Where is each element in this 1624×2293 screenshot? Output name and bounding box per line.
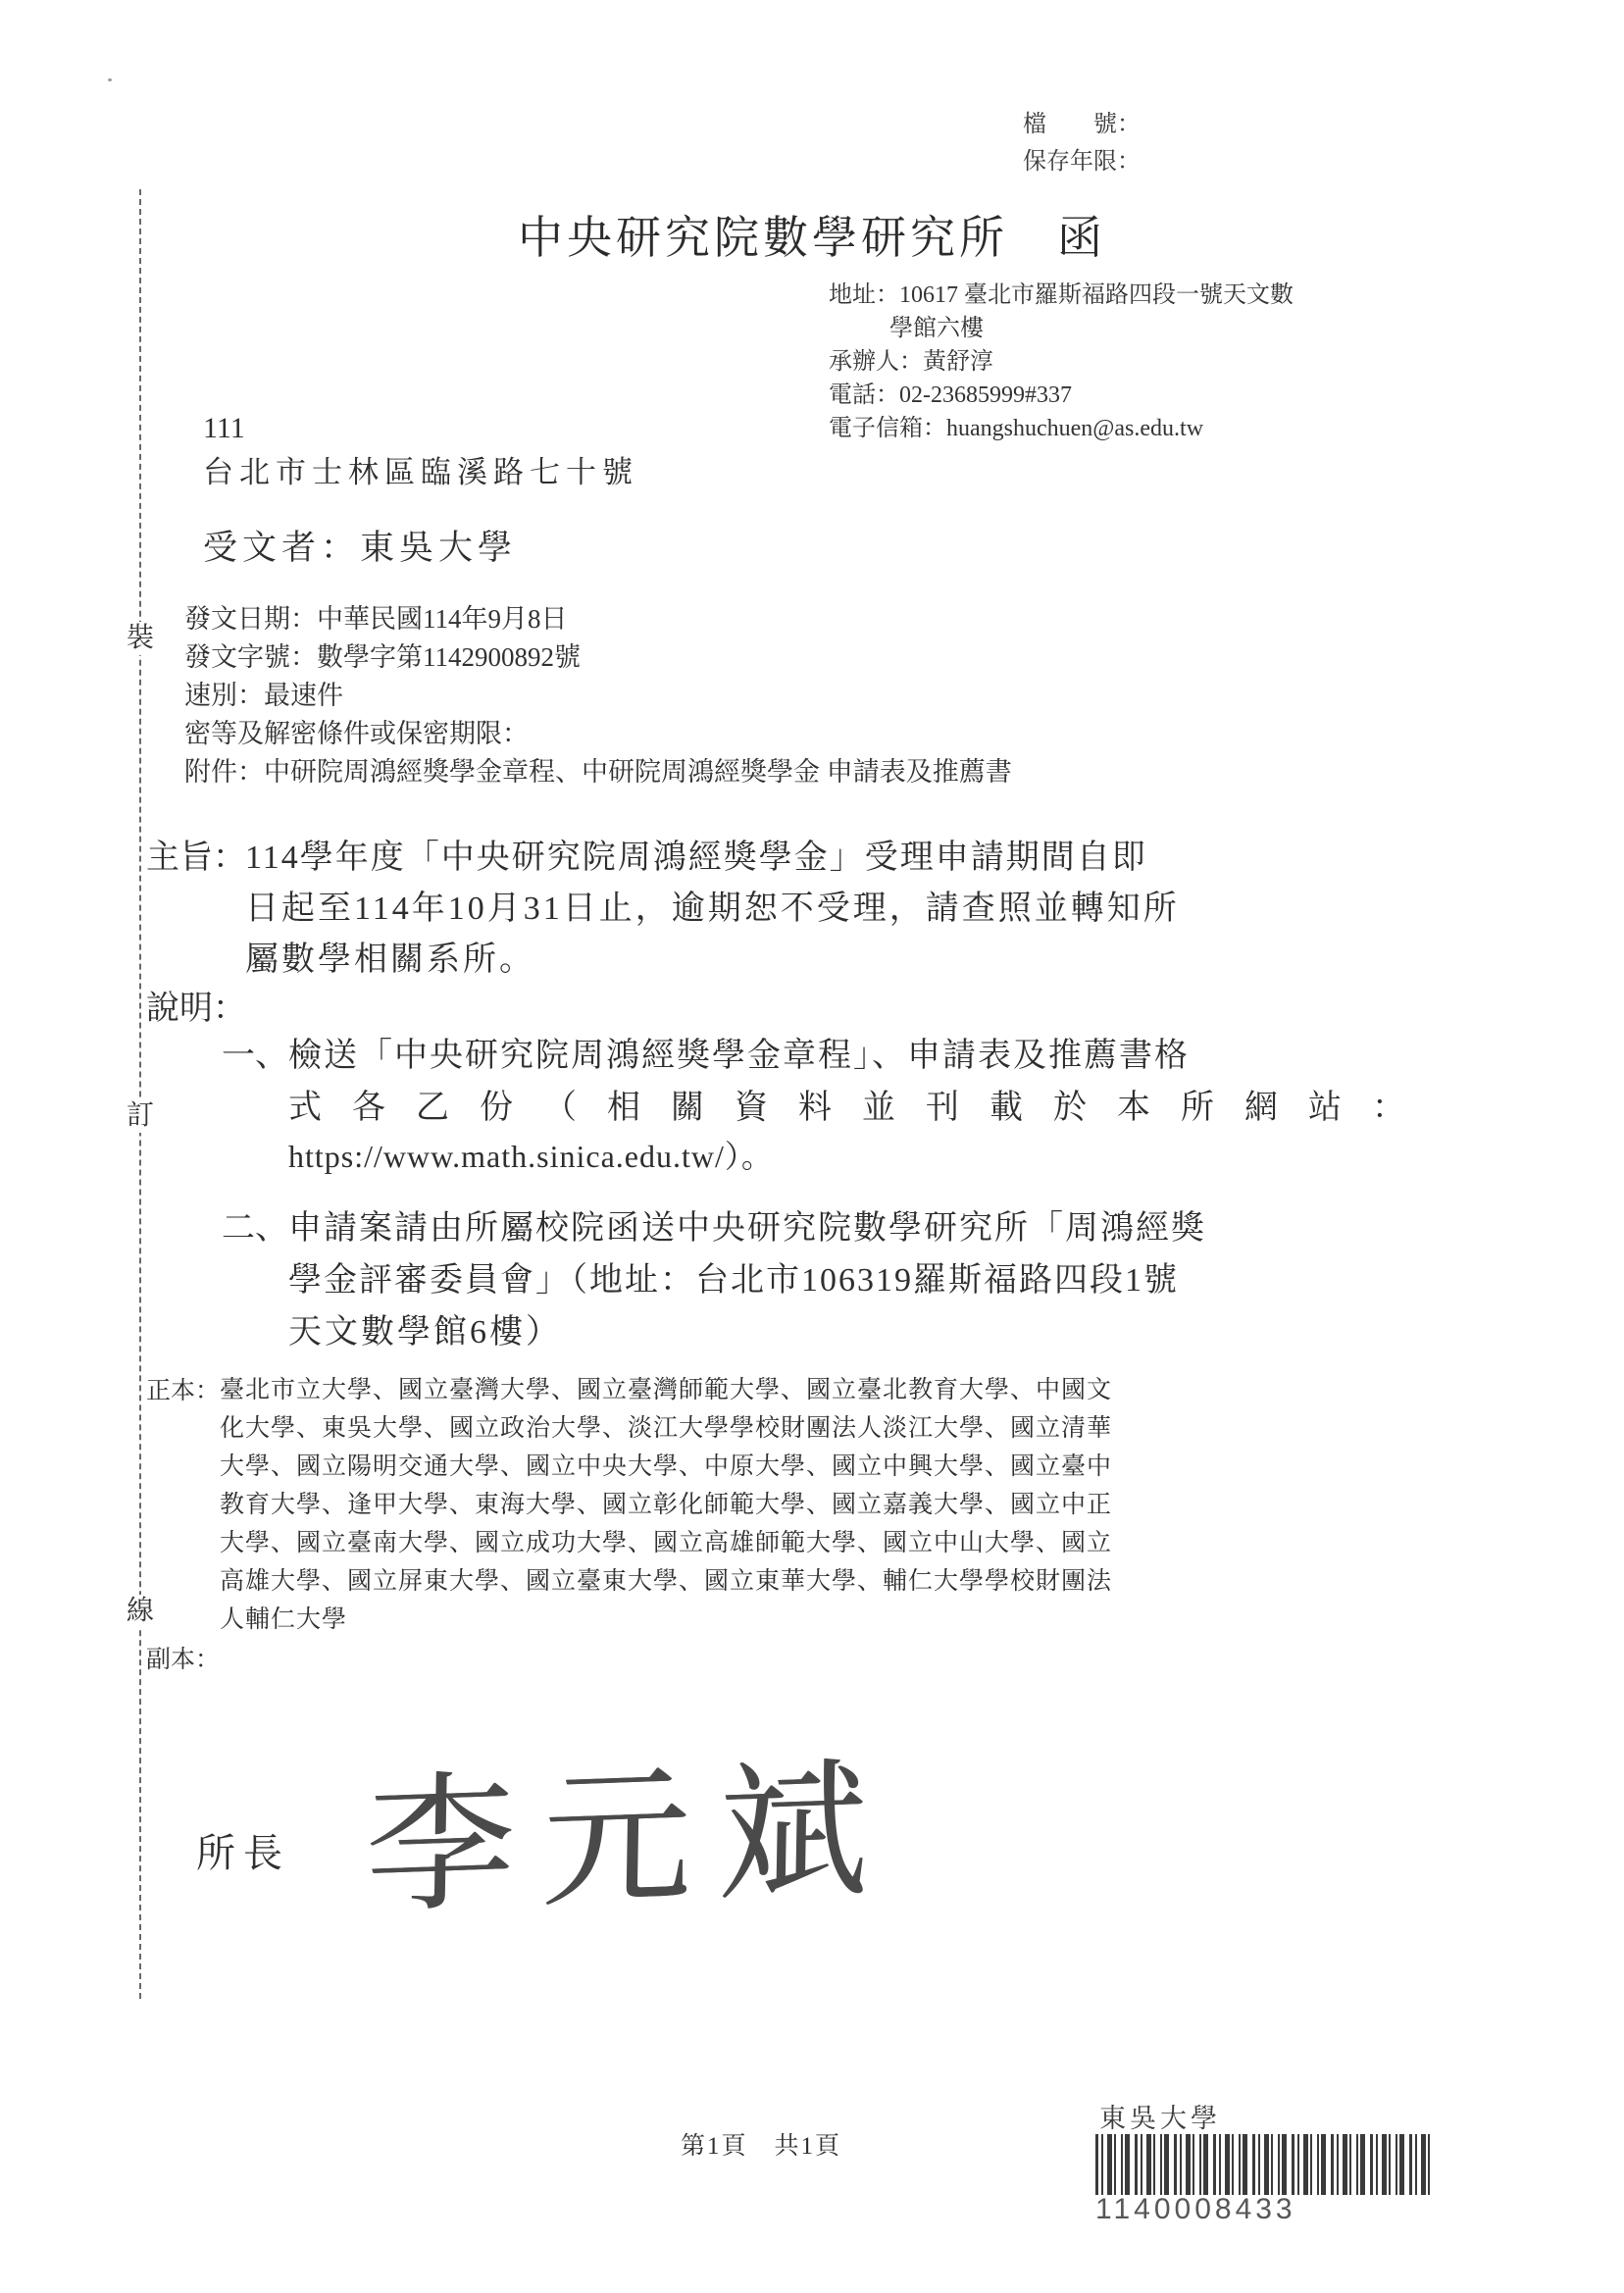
subject-label: 主旨： [146, 830, 246, 878]
original-copy-label: 正本： [146, 1371, 220, 1406]
scan-speck [108, 78, 112, 81]
agency-address-line2: 學館六樓 [829, 312, 1294, 345]
page-number: 第1頁 共1頁 [681, 2126, 841, 2162]
explanation-item1-line2: 式各乙份（相關資料並刊載於本所網站： [288, 1080, 1436, 1128]
recipient-street: 台北市士林區臨溪路七十號 [203, 447, 638, 491]
barcode-number: 1140008433 [1095, 2193, 1296, 2226]
explanation-item2-line2: 學金評審委員會」（地址：台北市106319羅斯福路四段1號 [288, 1252, 1179, 1300]
original-copy-line4: 教育大學、逢甲大學、東海大學、國立彰化師範大學、國立嘉義大學、國立中正 [220, 1486, 1112, 1524]
recipient-zip: 111 [203, 412, 245, 445]
explanation-item2-number: 二、 [222, 1200, 288, 1248]
subject-line1: 114學年度「中央研究院周鴻經獎學金」受理申請期間自即 [245, 830, 1147, 878]
stamp-university-name: 東吳大學 [1099, 2097, 1221, 2135]
original-copy-line1: 臺北市立大學、國立臺灣大學、國立臺灣師範大學、國立臺北教育大學、中國文 [220, 1371, 1112, 1409]
agency-contact-block: 地址：10617 臺北市羅斯福路四段一號天文數 學館六樓 承辦人：黃舒淳 電話：… [829, 279, 1294, 445]
subject-line2: 日起至114年10月31日止，逾期恕不受理，請查照並轉知所 [245, 881, 1180, 929]
original-copy-line6: 高雄大學、國立屏東大學、國立臺東大學、國立東華大學、輔仁大學學校財團法 [220, 1562, 1112, 1601]
barcode [1095, 2134, 1435, 2195]
security-class: 密等及解密條件或保密期限： [184, 715, 1012, 753]
binding-line [139, 189, 141, 1999]
issue-date: 發文日期：中華民國114年9月8日 [184, 600, 1012, 638]
file-number-label: 檔 號： [1023, 106, 1141, 143]
cc-label: 副本： [146, 1640, 220, 1675]
director-title: 所長 [196, 1822, 290, 1878]
explanation-item1-url: https://www.math.sinica.edu.tw/）。 [288, 1132, 774, 1177]
binding-char-zhuang: 裝 [124, 622, 157, 655]
file-number-block: 檔 號： 保存年限： [1023, 106, 1141, 180]
explanation-item2-line1: 申請案請由所屬校院函送中央研究院數學研究所「周鴻經獎 [288, 1200, 1206, 1248]
explanation-item1-line1: 檢送「中央研究院周鴻經獎學金章程」、申請表及推薦書格 [288, 1028, 1190, 1076]
doc-number: 發文字號：數學字第1142900892號 [184, 638, 1012, 677]
retention-period-label: 保存年限： [1023, 143, 1141, 180]
agency-contact-person: 承辦人：黃舒淳 [829, 345, 1294, 379]
original-copy-line7: 人輔仁大學 [220, 1601, 1112, 1639]
binding-char-xian: 線 [124, 1595, 157, 1628]
recipient-line: 受文者：東吳大學 [203, 521, 517, 570]
original-copy-line3: 大學、國立陽明交通大學、國立中央大學、中原大學、國立中興大學、國立臺中 [220, 1448, 1112, 1486]
director-signature: 李元斌 [364, 1709, 896, 1942]
subject-line3: 屬數學相關系所。 [245, 932, 535, 980]
agency-email: 電子信箱：huangshuchuen@as.edu.tw [829, 412, 1294, 445]
explanation-label: 說明： [146, 981, 246, 1029]
binding-char-ding: 訂 [124, 1099, 157, 1133]
explanation-item2-line3: 天文數學館6樓） [288, 1304, 562, 1352]
agency-address-line1: 地址：10617 臺北市羅斯福路四段一號天文數 [829, 279, 1294, 312]
original-copy-list: 臺北市立大學、國立臺灣大學、國立臺灣師範大學、國立臺北教育大學、中國文 化大學、… [220, 1371, 1112, 1639]
original-copy-line2: 化大學、東吳大學、國立政治大學、淡江大學學校財團法人淡江大學、國立清華 [220, 1409, 1112, 1448]
original-copy-line5: 大學、國立臺南大學、國立成功大學、國立高雄師範大學、國立中山大學、國立 [220, 1524, 1112, 1562]
document-page: 裝 訂 線 檔 號： 保存年限： 中央研究院數學研究所 函 地址：10617 臺… [0, 0, 1624, 2293]
agency-phone: 電話：02-23685999#337 [829, 379, 1294, 412]
speed-class: 速別：最速件 [184, 677, 1012, 715]
letter-title: 中央研究院數學研究所 函 [0, 202, 1624, 267]
explanation-item1-number: 一、 [222, 1028, 288, 1076]
meta-block: 發文日期：中華民國114年9月8日 發文字號：數學字第1142900892號 速… [184, 600, 1012, 791]
attachment-line: 附件：中研院周鴻經獎學金章程、中研院周鴻經獎學金 申請表及推薦書 [184, 753, 1012, 791]
